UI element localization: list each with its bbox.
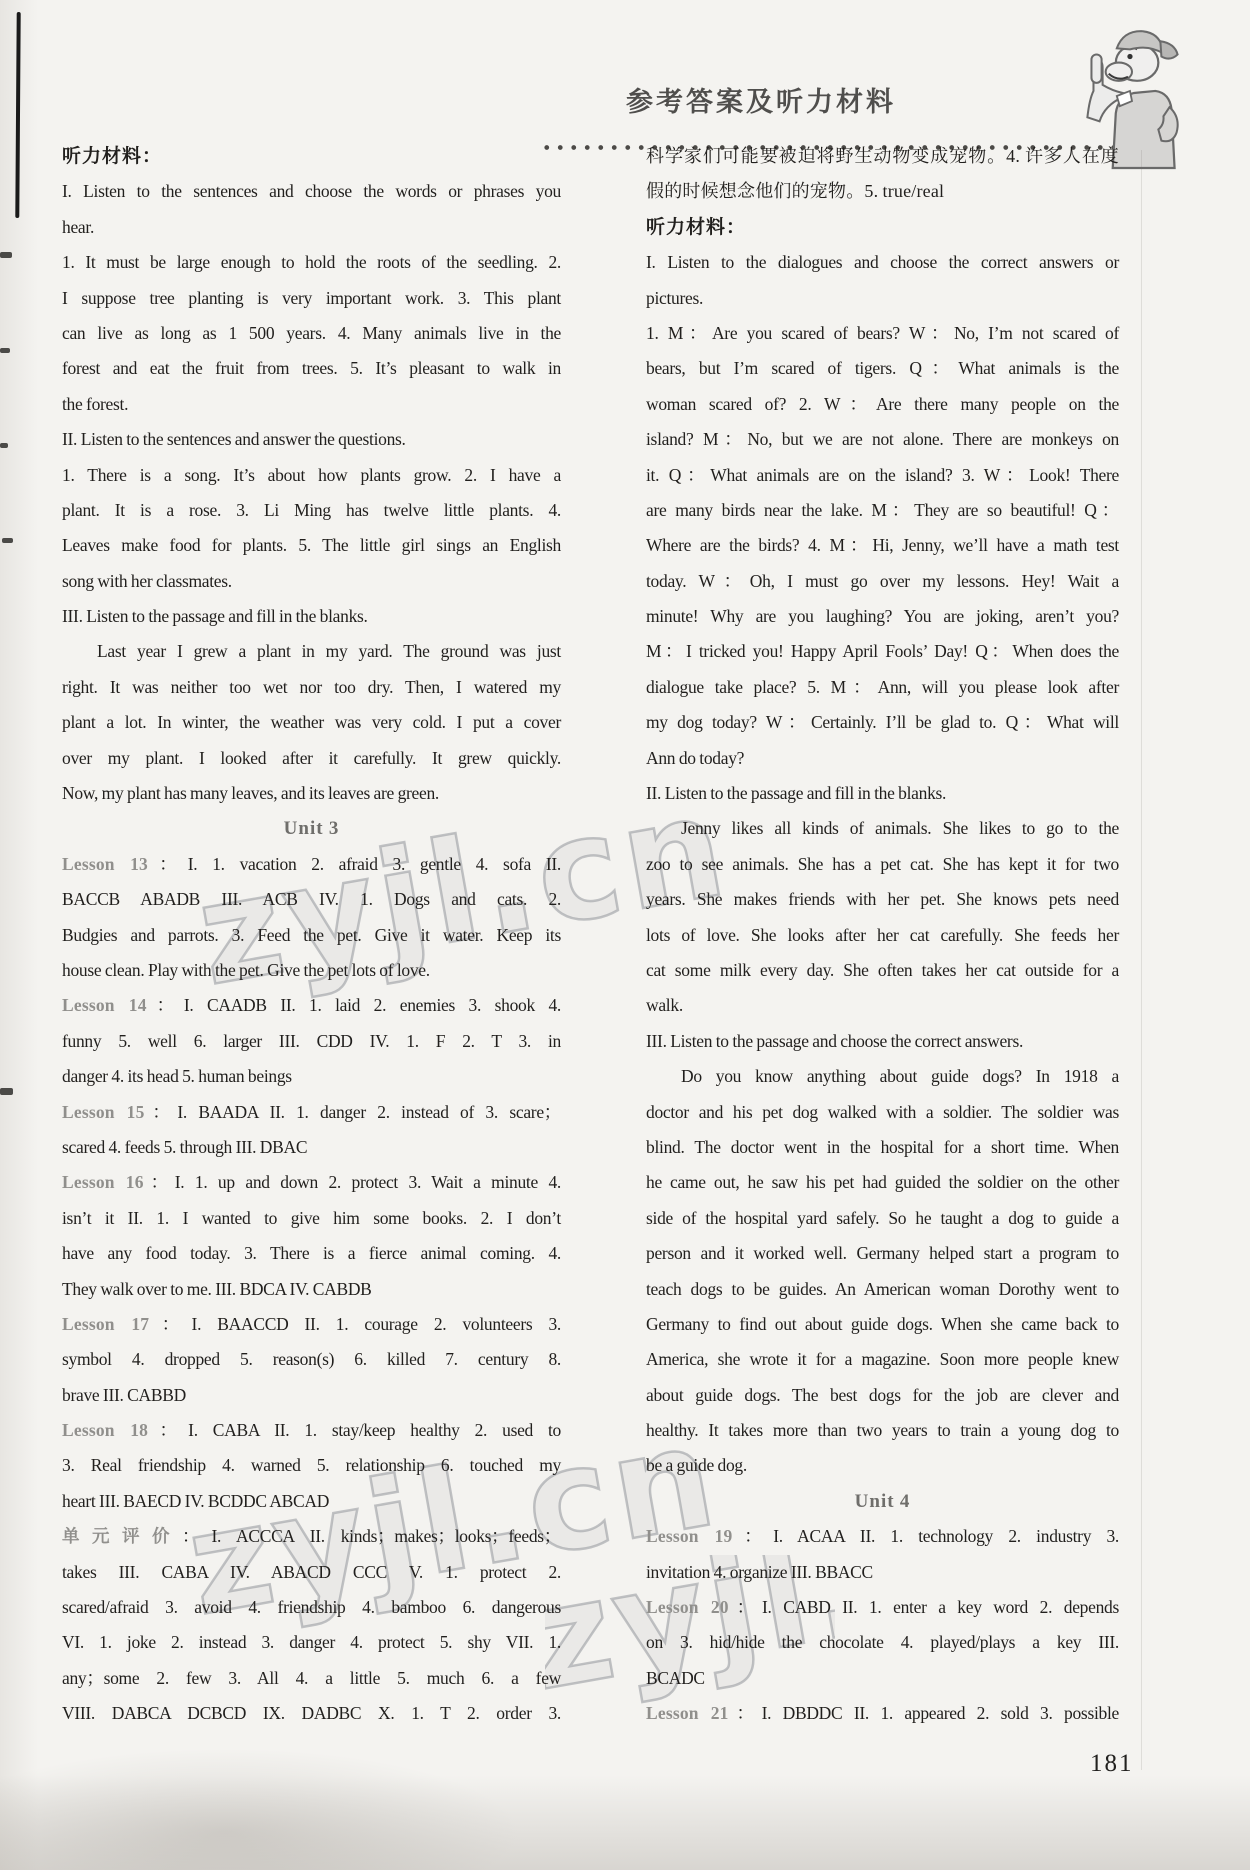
lesson-label: 单元评价 [62, 1526, 182, 1546]
text-line: I. Listen to the dialogues and choose th… [646, 245, 1119, 280]
text-line: have any food today. 3. There is a fierc… [62, 1236, 561, 1271]
text-line: he came out, he saw his pet had guided t… [646, 1165, 1119, 1200]
text-line: scared 4. feeds 5. through III. DBAC [62, 1130, 561, 1165]
right-column: 科学家们可能要被迫将野生动物变成宠物。4. 许多人在度假的时候想念他们的宠物。5… [646, 139, 1119, 1732]
text-line: II. Listen to the sentences and answer t… [62, 422, 561, 457]
scan-artifact [0, 252, 12, 258]
unit-heading: Unit 4 [646, 1484, 1119, 1519]
lesson-label: Lesson 21 [646, 1703, 729, 1723]
text-line: Lesson 20：I. CABD II. 1. enter a key wor… [646, 1590, 1119, 1625]
scan-artifact [1141, 150, 1142, 1770]
text-line: Leaves make food for plants. 5. The litt… [62, 528, 561, 563]
text-line: Lesson 13：I. 1. vacation 2. afraid 3. ge… [62, 847, 561, 882]
text-line: dialogue take place? 5. M：Ann, will you … [646, 670, 1119, 705]
lesson-label: Lesson 20 [646, 1597, 729, 1617]
text-line: I. Listen to the sentences and choose th… [62, 174, 561, 209]
text-line: Do you know anything about guide dogs? I… [646, 1059, 1119, 1094]
lesson-label: Lesson 19 [646, 1526, 732, 1546]
text-line: the forest. [62, 387, 561, 422]
text-line: 1. It must be large enough to hold the r… [62, 245, 561, 280]
text-line: pictures. [646, 281, 1119, 316]
page-number: 181 [1090, 1750, 1134, 1778]
text-line: funny 5. well 6. larger III. CDD IV. 1. … [62, 1024, 561, 1059]
text-line: person and it worked well. Germany helpe… [646, 1236, 1119, 1271]
text-line: Lesson 18：I. CABA II. 1. stay/keep healt… [62, 1413, 561, 1448]
lesson-label: Lesson 17 [62, 1314, 149, 1334]
lesson-label: Lesson 14 [62, 995, 147, 1015]
text-line: Lesson 21：I. DBDDC II. 1. appeared 2. so… [646, 1696, 1119, 1731]
text-line: on 3. hid/hide the chocolate 4. played/p… [646, 1625, 1119, 1660]
text-line: 假的时候想念他们的宠物。5. true/real [646, 174, 1119, 209]
text-line: plant. It is a rose. 3. Li Ming has twel… [62, 493, 561, 528]
text-line: Lesson 19：I. ACAA II. 1. technology 2. i… [646, 1519, 1119, 1554]
text-line: my dog today? W：Certainly. I’ll be glad … [646, 705, 1119, 740]
text-line: right. It was neither too wet nor too dr… [62, 670, 561, 705]
text-line: song with her classmates. [62, 564, 561, 599]
text-line: zoo to see animals. She has a pet cat. S… [646, 847, 1119, 882]
text-line: 1. There is a song. It’s about how plant… [62, 458, 561, 493]
text-line: 1. M：Are you scared of bears? W：No, I’m … [646, 316, 1119, 351]
scan-artifact [0, 348, 10, 353]
text-line: Budgies and parrots. 3. Feed the pet. Gi… [62, 918, 561, 953]
text-line: Germany to find out about guide dogs. Wh… [646, 1307, 1119, 1342]
text-line: teach dogs to be guides. An American wom… [646, 1272, 1119, 1307]
text-line: doctor and his pet dog walked with a sol… [646, 1095, 1119, 1130]
text-line: about guide dogs. The best dogs for the … [646, 1378, 1119, 1413]
text-line: Where are the birds? 4. M：Hi, Jenny, we’… [646, 528, 1119, 563]
text-line: Ann do today? [646, 741, 1119, 776]
text-line: I suppose tree planting is very importan… [62, 281, 561, 316]
text-line: minute! Why are you laughing? You are jo… [646, 599, 1119, 634]
text-line: 单元评价：I. ACCCA II. kinds；makes；looks；feed… [62, 1519, 561, 1554]
text-line: isn’t it II. 1. I wanted to give him som… [62, 1201, 561, 1236]
text-line: 听力材料： [62, 139, 561, 174]
lesson-label: Lesson 16 [62, 1172, 144, 1192]
text-line: house clean. Play with the pet. Give the… [62, 953, 561, 988]
text-line: 听力材料： [646, 210, 1119, 245]
text-line: danger 4. its head 5. human beings [62, 1059, 561, 1094]
text-line: VIII. DABCA DCBCD IX. DADBC X. 1. T 2. o… [62, 1696, 561, 1731]
text-line: island? M：No, but we are not alone. Ther… [646, 422, 1119, 457]
text-line: 科学家们可能要被迫将野生动物变成宠物。4. 许多人在度 [646, 139, 1119, 174]
text-line: any；some 2. few 3. All 4. a little 5. mu… [62, 1661, 561, 1696]
text-line: bears, but I’m scared of tigers. Q：What … [646, 351, 1119, 386]
text-line: symbol 4. dropped 5. reason(s) 6. killed… [62, 1342, 561, 1377]
text-line: brave III. CABBD [62, 1378, 561, 1413]
text-line: be a guide dog. [646, 1448, 1119, 1483]
text-line: can live as long as 1 500 years. 4. Many… [62, 316, 561, 351]
text-line: II. Listen to the passage and fill in th… [646, 776, 1119, 811]
text-line: today. W：Oh, I must go over my lessons. … [646, 564, 1119, 599]
text-line: it. Q：What animals are on the island? 3.… [646, 458, 1119, 493]
text-line: heart III. BAECD IV. BCDDC ABCAD [62, 1484, 561, 1519]
text-line: woman scared of? 2. W：Are there many peo… [646, 387, 1119, 422]
scan-artifact [0, 1088, 13, 1095]
text-line: Last year I grew a plant in my yard. The… [62, 634, 561, 669]
text-line: III. Listen to the passage and choose th… [646, 1024, 1119, 1059]
lesson-label: Lesson 18 [62, 1420, 148, 1440]
unit-heading: Unit 3 [62, 811, 561, 846]
text-line: Lesson 17：I. BAACCD II. 1. courage 2. vo… [62, 1307, 561, 1342]
text-line: cat some milk every day. She often takes… [646, 953, 1119, 988]
text-line: invitation 4. organize III. BBACC [646, 1555, 1119, 1590]
text-line: VI. 1. joke 2. instead 3. danger 4. prot… [62, 1625, 561, 1660]
text-line: side of the hospital yard safely. So he … [646, 1201, 1119, 1236]
text-line: blind. The doctor went in the hospital f… [646, 1130, 1119, 1165]
text-line: takes III. CABA IV. ABACD CCC V. 1. prot… [62, 1555, 561, 1590]
text-line: hear. [62, 210, 561, 245]
text-line: plant a lot. In winter, the weather was … [62, 705, 561, 740]
text-line: M：I tricked you! Happy April Fools’ Day!… [646, 634, 1119, 669]
text-line: lots of love. She looks after her cat ca… [646, 918, 1119, 953]
scan-artifact [2, 538, 13, 543]
text-line: Now, my plant has many leaves, and its l… [62, 776, 561, 811]
text-line: 3. Real friendship 4. warned 5. relation… [62, 1448, 561, 1483]
text-line: are many birds near the lake. M：They are… [646, 493, 1119, 528]
text-line: They walk over to me. III. BDCA IV. CABD… [62, 1272, 561, 1307]
text-line: Lesson 16：I. 1. up and down 2. protect 3… [62, 1165, 561, 1200]
left-column: 听力材料：I. Listen to the sentences and choo… [62, 139, 561, 1732]
text-line: BCADC [646, 1661, 1119, 1696]
text-line: walk. [646, 988, 1119, 1023]
scan-artifact [0, 443, 8, 448]
lesson-label: Lesson 13 [62, 854, 148, 874]
text-line: over my plant. I looked after it careful… [62, 741, 561, 776]
text-line: America, she wrote it for a magazine. So… [646, 1342, 1119, 1377]
lesson-label: Lesson 15 [62, 1102, 145, 1122]
text-line: scared/afraid 3. avoid 4. friendship 4. … [62, 1590, 561, 1625]
text-line: Lesson 14：I. CAADB II. 1. laid 2. enemie… [62, 988, 561, 1023]
text-line: III. Listen to the passage and fill in t… [62, 599, 561, 634]
text-line: BACCB ABADB III. ACB IV. 1. Dogs and cat… [62, 882, 561, 917]
text-line: Lesson 15：I. BAADA II. 1. danger 2. inst… [62, 1095, 561, 1130]
scan-artifact [15, 12, 20, 218]
page-title: 参考答案及听力材料 [626, 80, 896, 119]
text-line: healthy. It takes more than two years to… [646, 1413, 1119, 1448]
text-line: forest and eat the fruit from trees. 5. … [62, 351, 561, 386]
text-line: Jenny likes all kinds of animals. She li… [646, 811, 1119, 846]
text-line: years. She makes friends with her pet. S… [646, 882, 1119, 917]
